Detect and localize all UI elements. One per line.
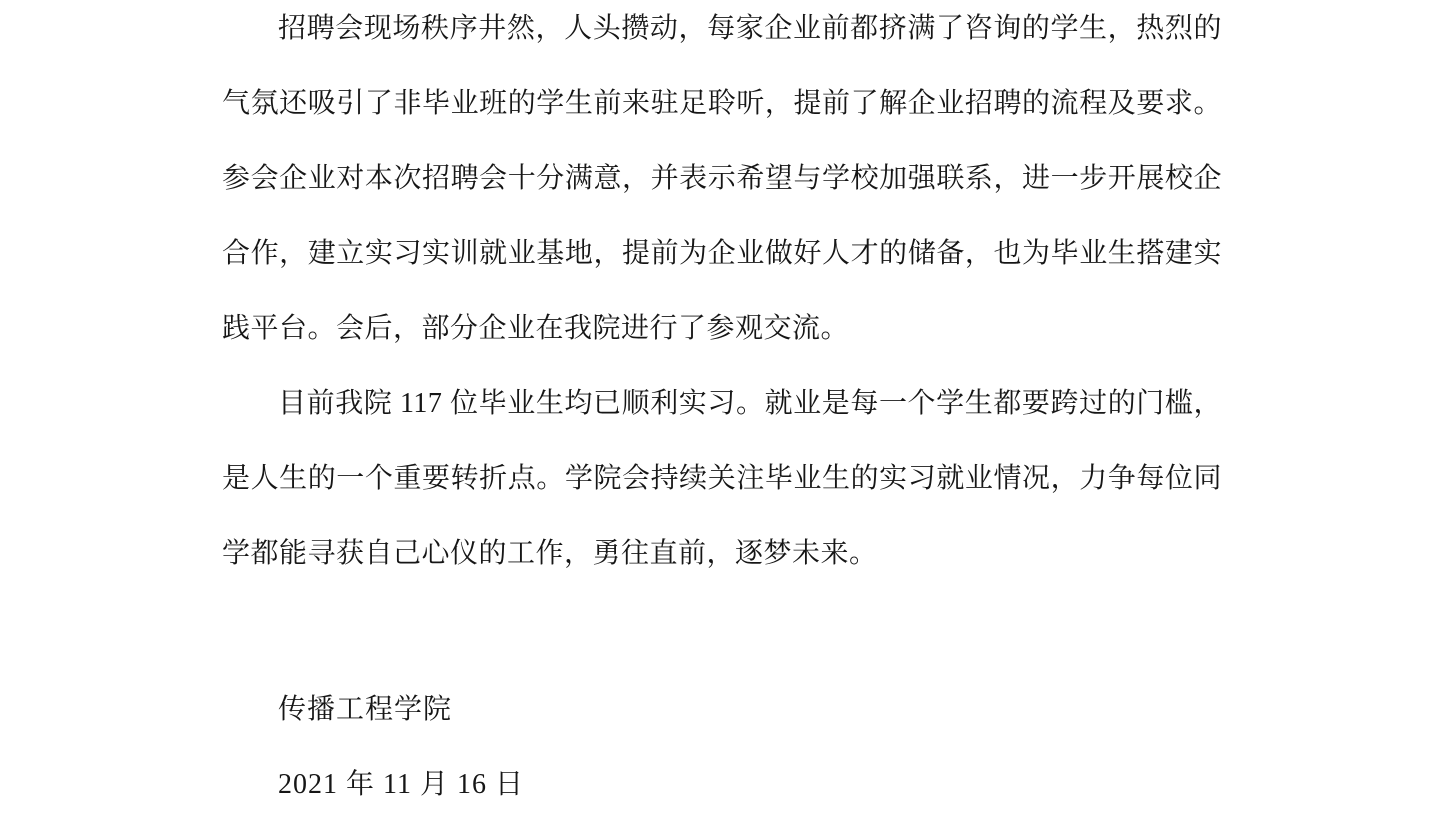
signature-line: 传播工程学院: [222, 672, 1222, 747]
closing-block: 传播工程学院 2021 年 11 月 16 日: [222, 672, 1222, 822]
document-page: 招聘会现场秩序井然，人头攒动，每家企业前都挤满了咨询的学生，热烈的气氛还吸引了非…: [0, 0, 1440, 836]
document-body: 招聘会现场秩序井然，人头攒动，每家企业前都挤满了咨询的学生，热烈的气氛还吸引了非…: [222, 0, 1222, 822]
date-line: 2021 年 11 月 16 日: [222, 747, 1222, 822]
body-paragraph-2: 目前我院 117 位毕业生均已顺利实习。就业是每一个学生都要跨过的门槛，是人生的…: [222, 366, 1222, 591]
body-paragraph-1: 招聘会现场秩序井然，人头攒动，每家企业前都挤满了咨询的学生，热烈的气氛还吸引了非…: [222, 0, 1222, 366]
